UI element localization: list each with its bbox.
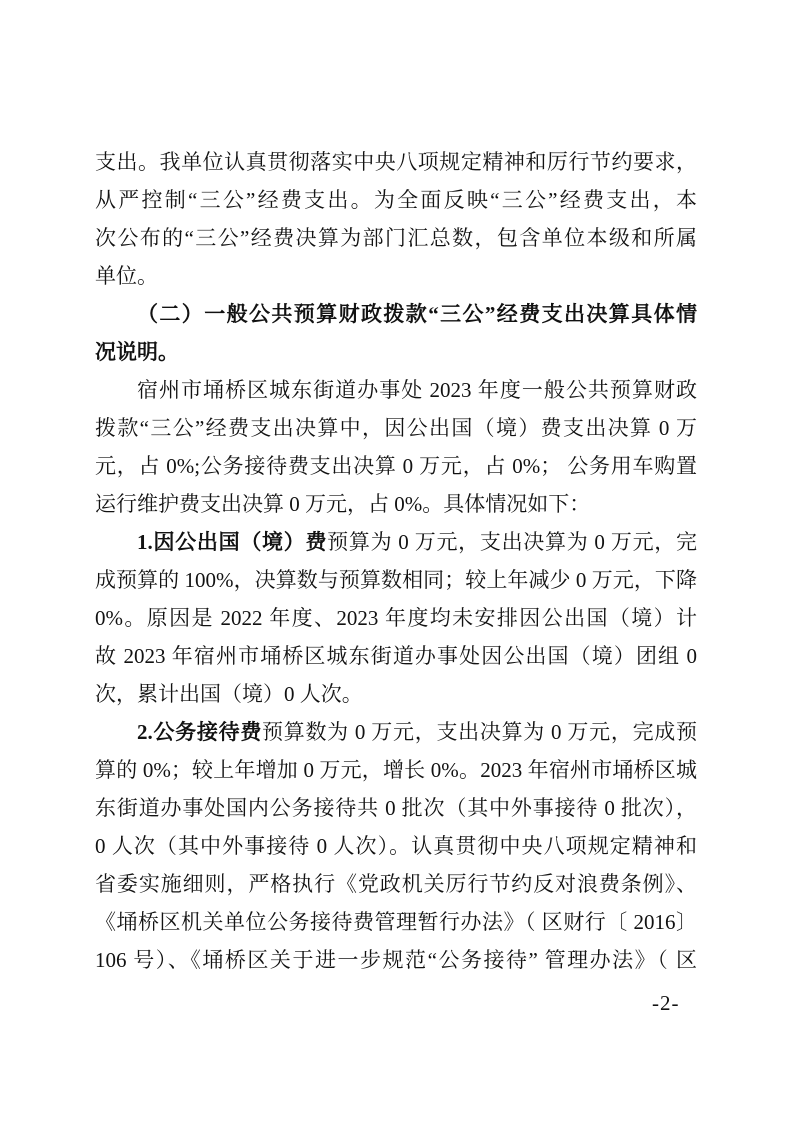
paragraph-item2-line: 省委实施细则，严格执行《党政机关厉行节约反对浪费条例》、 xyxy=(95,865,697,903)
paragraph-overview-line: 宿州市埇桥区城东街道办事处 2023 年度一般公共预算财政 xyxy=(95,371,697,409)
page-number: -2- xyxy=(652,989,680,1017)
paragraph-item1-line: 次，累计出国（境）0 人次。 xyxy=(95,675,697,713)
document-body: 支出。我单位认真贯彻落实中央八项规定精神和厉行节约要求， 从严控制“三公”经费支… xyxy=(95,143,697,979)
paragraph-item2-line: 《埇桥区机关单位公务接待费管理暂行办法》（ 区财行〔 2016〕 xyxy=(95,903,697,941)
paragraph-item1-line: 1.因公出国（境）费预算为 0 万元，支出决算为 0 万元，完 xyxy=(95,523,697,561)
paragraph-intro-line: 单位。 xyxy=(95,257,697,295)
paragraph-item1-line: 故 2023 年宿州市埇桥区城东街道办事处因公出国（境）团组 0 xyxy=(95,637,697,675)
paragraph-overview-line: 运行维护费支出决算 0 万元，占 0%。具体情况如下： xyxy=(95,485,697,523)
paragraph-overview-line: 拨款“三公”经费支出决算中，因公出国（境）费支出决算 0 万 xyxy=(95,409,697,447)
section-heading-line: 况说明。 xyxy=(95,333,697,371)
paragraph-item1-line: 成预算的 100%，决算数与预算数相同；较上年减少 0 万元，下降 xyxy=(95,561,697,599)
paragraph-item2-line: 2.公务接待费预算数为 0 万元，支出决算为 0 万元，完成预 xyxy=(95,713,697,751)
paragraph-item2-line: 东街道办事处国内公务接待共 0 批次（其中外事接待 0 批次）， xyxy=(95,789,697,827)
paragraph-item1-line: 0%。原因是 2022 年度、2023 年度均未安排因公出国（境）计划。 xyxy=(95,599,697,637)
paragraph-intro-line: 次公布的“三公”经费决算为部门汇总数，包含单位本级和所属 xyxy=(95,219,697,257)
item2-title: 2.公务接待费 xyxy=(137,720,262,744)
paragraph-item2-line: 106 号）、《埇桥区关于进一步规范“公务接待” 管理办法》（ 区 xyxy=(95,941,697,979)
item1-text: 预算为 0 万元，支出决算为 0 万元，完 xyxy=(327,530,697,554)
section-heading-line: （二）一般公共预算财政拨款“三公”经费支出决算具体情 xyxy=(95,295,697,333)
item2-text: 预算数为 0 万元，支出决算为 0 万元，完成预 xyxy=(262,720,697,744)
paragraph-item2-line: 算的 0%；较上年增加 0 万元，增长 0%。2023 年宿州市埇桥区城 xyxy=(95,751,697,789)
document-page: 支出。我单位认真贯彻落实中央八项规定精神和厉行节约要求， 从严控制“三公”经费支… xyxy=(0,0,793,1122)
item1-title: 1.因公出国（境）费 xyxy=(137,530,327,554)
paragraph-overview-line: 元，占 0%;公务接待费支出决算 0 万元，占 0%； 公务用车购置及 xyxy=(95,447,697,485)
paragraph-intro-line: 支出。我单位认真贯彻落实中央八项规定精神和厉行节约要求， xyxy=(95,143,697,181)
paragraph-intro-line: 从严控制“三公”经费支出。为全面反映“三公”经费支出，本 xyxy=(95,181,697,219)
paragraph-item2-line: 0 人次（其中外事接待 0 人次）。认真贯彻中央八项规定精神和 xyxy=(95,827,697,865)
